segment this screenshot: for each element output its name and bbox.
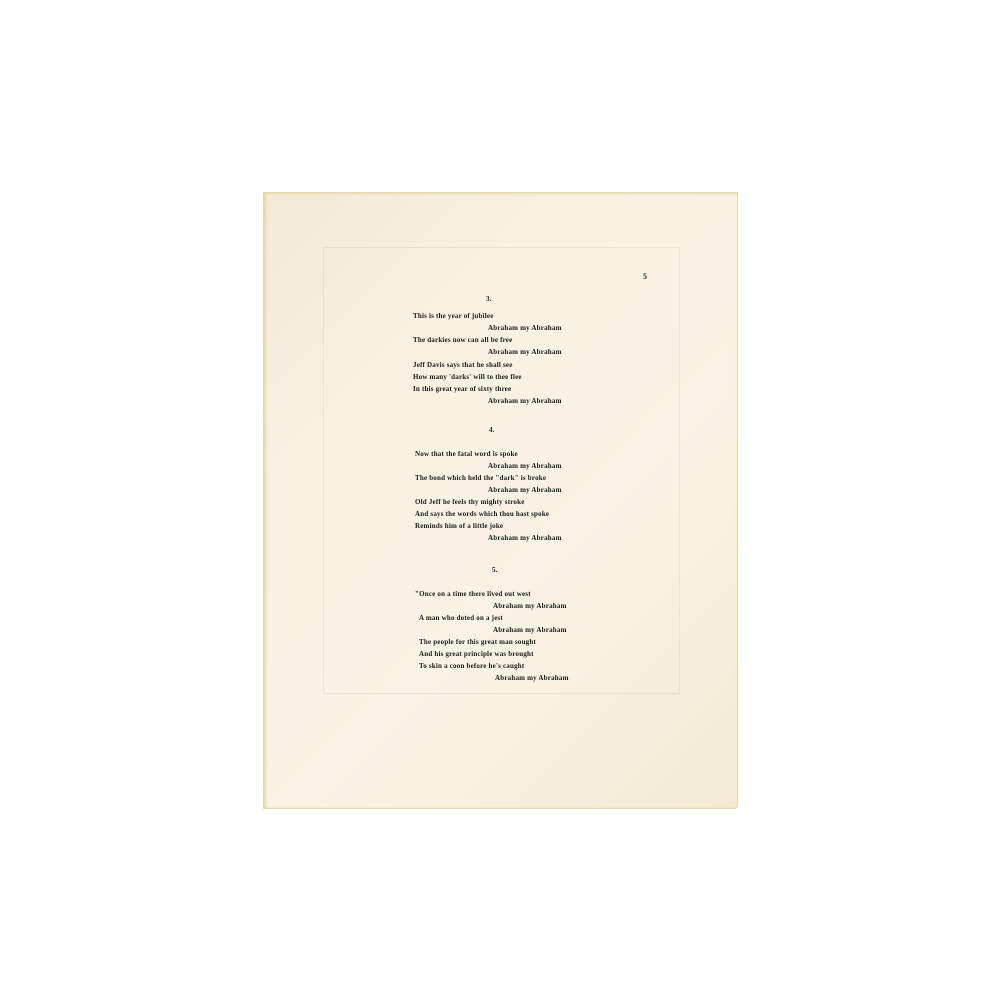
lyric-line: The darkies now can all be free [413,336,512,344]
refrain-line: Abraham my Abraham [495,674,569,682]
refrain-line: Abraham my Abraham [493,602,567,610]
lyric-line: This is the year of jubilee [413,312,494,320]
refrain-line: Abraham my Abraham [488,397,562,405]
lyric-line: Reminds him of a little joke [415,522,503,530]
refrain-line: Abraham my Abraham [488,324,562,332]
lyric-line: The bond which held the "dark" is broke [415,474,546,482]
lyric-line: In this great year of sixty three [413,385,511,393]
lyric-line: "Once on a time there lived out west [415,590,531,598]
stanza-number: 5. [492,566,497,574]
refrain-line: Abraham my Abraham [488,462,562,470]
lyric-line: Jeff Davis says that he shall see [413,361,513,369]
stanza-number: 3. [486,295,491,303]
refrain-line: Abraham my Abraham [493,626,567,634]
lyric-line: A man who doted on a jest [419,614,503,622]
lyric-line: How many 'darks' will to thee flee [413,373,522,381]
lyric-line: And says the words which thou hast spoke [415,510,549,518]
lyric-line: Old Jeff he feels thy mighty stroke [415,498,525,506]
lyric-line: The people for this great man sought [419,638,536,646]
refrain-line: Abraham my Abraham [488,486,562,494]
lyric-line: Now that the fatal word is spoke [415,450,518,458]
refrain-line: Abraham my Abraham [488,348,562,356]
lyric-line: To skin a coon before he's caught [419,662,524,670]
sheet-music-page: 5 3. This is the year of jubilee Abraham… [263,192,738,809]
stanza-number: 4. [489,426,494,434]
page-number: 5 [643,272,647,281]
refrain-line: Abraham my Abraham [488,534,562,542]
lyric-line: And his great principle was brought [419,650,534,658]
